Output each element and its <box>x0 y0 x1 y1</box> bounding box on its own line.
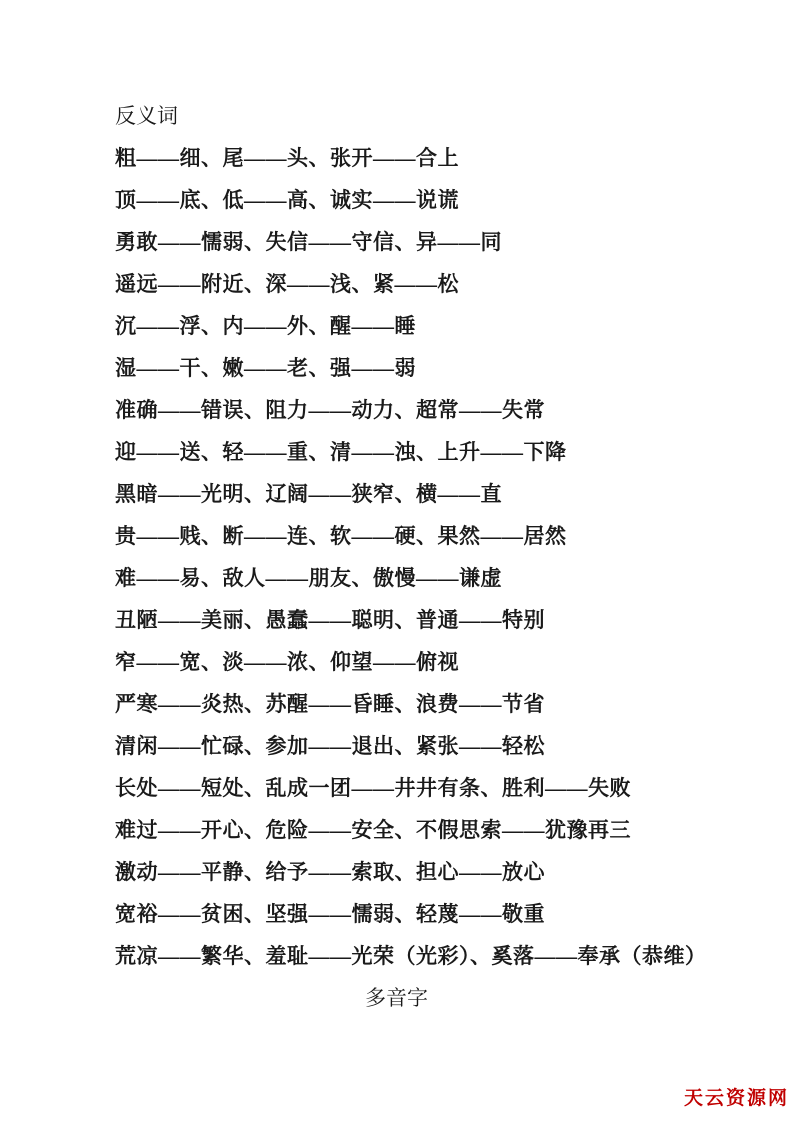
antonym-line: 激动——平静、给予——索取、担心——放心 <box>0 851 793 893</box>
antonym-line: 长处——短处、乱成一团——井井有条、胜利——失败 <box>0 767 793 809</box>
document-page: 反义词 粗——细、尾——头、张开——合上 顶——底、低——高、诚实——说谎 勇敢… <box>0 0 793 1122</box>
antonym-line: 顶——底、低——高、诚实——说谎 <box>0 179 793 221</box>
antonym-line: 湿——干、嫩——老、强——弱 <box>0 347 793 389</box>
antonym-line: 丑陋——美丽、愚蠢——聪明、普通——特别 <box>0 599 793 641</box>
antonym-line: 荒凉——繁华、羞耻——光荣（光彩）、奚落——奉承（恭维） <box>0 935 793 977</box>
section-heading-duoyinzi: 多音字 <box>0 977 793 1019</box>
antonym-line: 黑暗——光明、辽阔——狭窄、横——直 <box>0 473 793 515</box>
antonym-line: 遥远——附近、深——浅、紧——松 <box>0 263 793 305</box>
antonym-line: 难——易、敌人——朋友、傲慢——谦虚 <box>0 557 793 599</box>
document-content: 反义词 粗——细、尾——头、张开——合上 顶——底、低——高、诚实——说谎 勇敢… <box>0 95 793 1019</box>
antonym-line: 准确——错误、阻力——动力、超常——失常 <box>0 389 793 431</box>
antonym-line: 宽裕——贫困、坚强——懦弱、轻蔑——敬重 <box>0 893 793 935</box>
page-title: 反义词 <box>0 95 793 137</box>
antonym-line: 贵——贱、断——连、软——硬、果然——居然 <box>0 515 793 557</box>
antonym-line: 勇敢——懦弱、失信——守信、异——同 <box>0 221 793 263</box>
antonym-line: 粗——细、尾——头、张开——合上 <box>0 137 793 179</box>
antonym-line: 沉——浮、内——外、醒——睡 <box>0 305 793 347</box>
antonym-line: 窄——宽、淡——浓、仰望——俯视 <box>0 641 793 683</box>
site-watermark: 天云资源网 <box>684 1083 789 1110</box>
antonym-line: 严寒——炎热、苏醒——昏睡、浪费——节省 <box>0 683 793 725</box>
antonym-line: 难过——开心、危险——安全、不假思索——犹豫再三 <box>0 809 793 851</box>
antonym-line: 清闲——忙碌、参加——退出、紧张——轻松 <box>0 725 793 767</box>
antonym-line: 迎——送、轻——重、清——浊、上升——下降 <box>0 431 793 473</box>
